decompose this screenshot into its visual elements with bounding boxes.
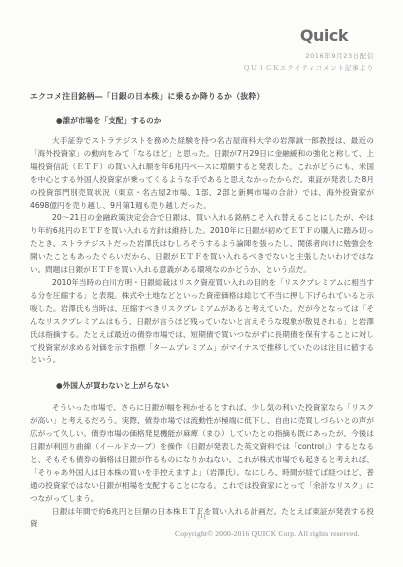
section-heading: ●外国人が買わないと上がらない	[30, 380, 374, 391]
body-paragraph: 大手証券でストラテジストを務めた経験を持つ名古屋商科大学の岩澤誠一郎教授は、最近…	[30, 135, 374, 212]
page-header: Quick 2016年9月23日配信 ＱＵＩＣＫエクイティコメント記事より	[0, 0, 403, 72]
section-paragraphs: 大手証券でストラテジストを務めた経験を持つ名古屋商科大学の岩澤誠一郎教授は、最近…	[30, 135, 374, 367]
quick-logo: Quick	[300, 28, 348, 43]
body-paragraph: 2010年当時の白川方明・日銀総裁はリスク資産買い入れの目的を「リスクプレミアム…	[30, 277, 374, 367]
section-foreigners-must-buy: ●外国人が買わないと上がらない そういった市場で、さらに日銀が幅を利かせるとすれ…	[30, 380, 374, 531]
article-body: エクコメ注目銘柄―「日銀の日本株」に乗るか降りるか（抜粋） ●誰が市場を「支配」…	[0, 91, 403, 531]
copyright-notice: Copyright© 2000-2016 QUICK Corp. All rig…	[175, 529, 360, 538]
body-paragraph: 20～21日の金融政策決定会合で日銀は、買い入れる銘柄こそ入れ替えることにしたが…	[30, 212, 374, 277]
source-note: ＱＵＩＣＫエクイティコメント記事より	[30, 63, 374, 72]
publish-date: 2016年9月23日配信	[30, 51, 374, 60]
page-number: [1]	[0, 512, 403, 520]
document-page: Quick 2016年9月23日配信 ＱＵＩＣＫエクイティコメント記事より エク…	[0, 0, 403, 567]
body-paragraph: そういった市場で、さらに日銀が幅を利かせるとすれば、少し気の利いた投資家なら「リ…	[30, 402, 374, 505]
section-heading: ●誰が市場を「支配」するのか	[30, 115, 374, 126]
section-who-controls-market: ●誰が市場を「支配」するのか 大手証券でストラテジストを務めた経験を持つ名古屋商…	[30, 115, 374, 367]
article-title: エクコメ注目銘柄―「日銀の日本株」に乗るか降りるか（抜粋）	[30, 91, 374, 102]
